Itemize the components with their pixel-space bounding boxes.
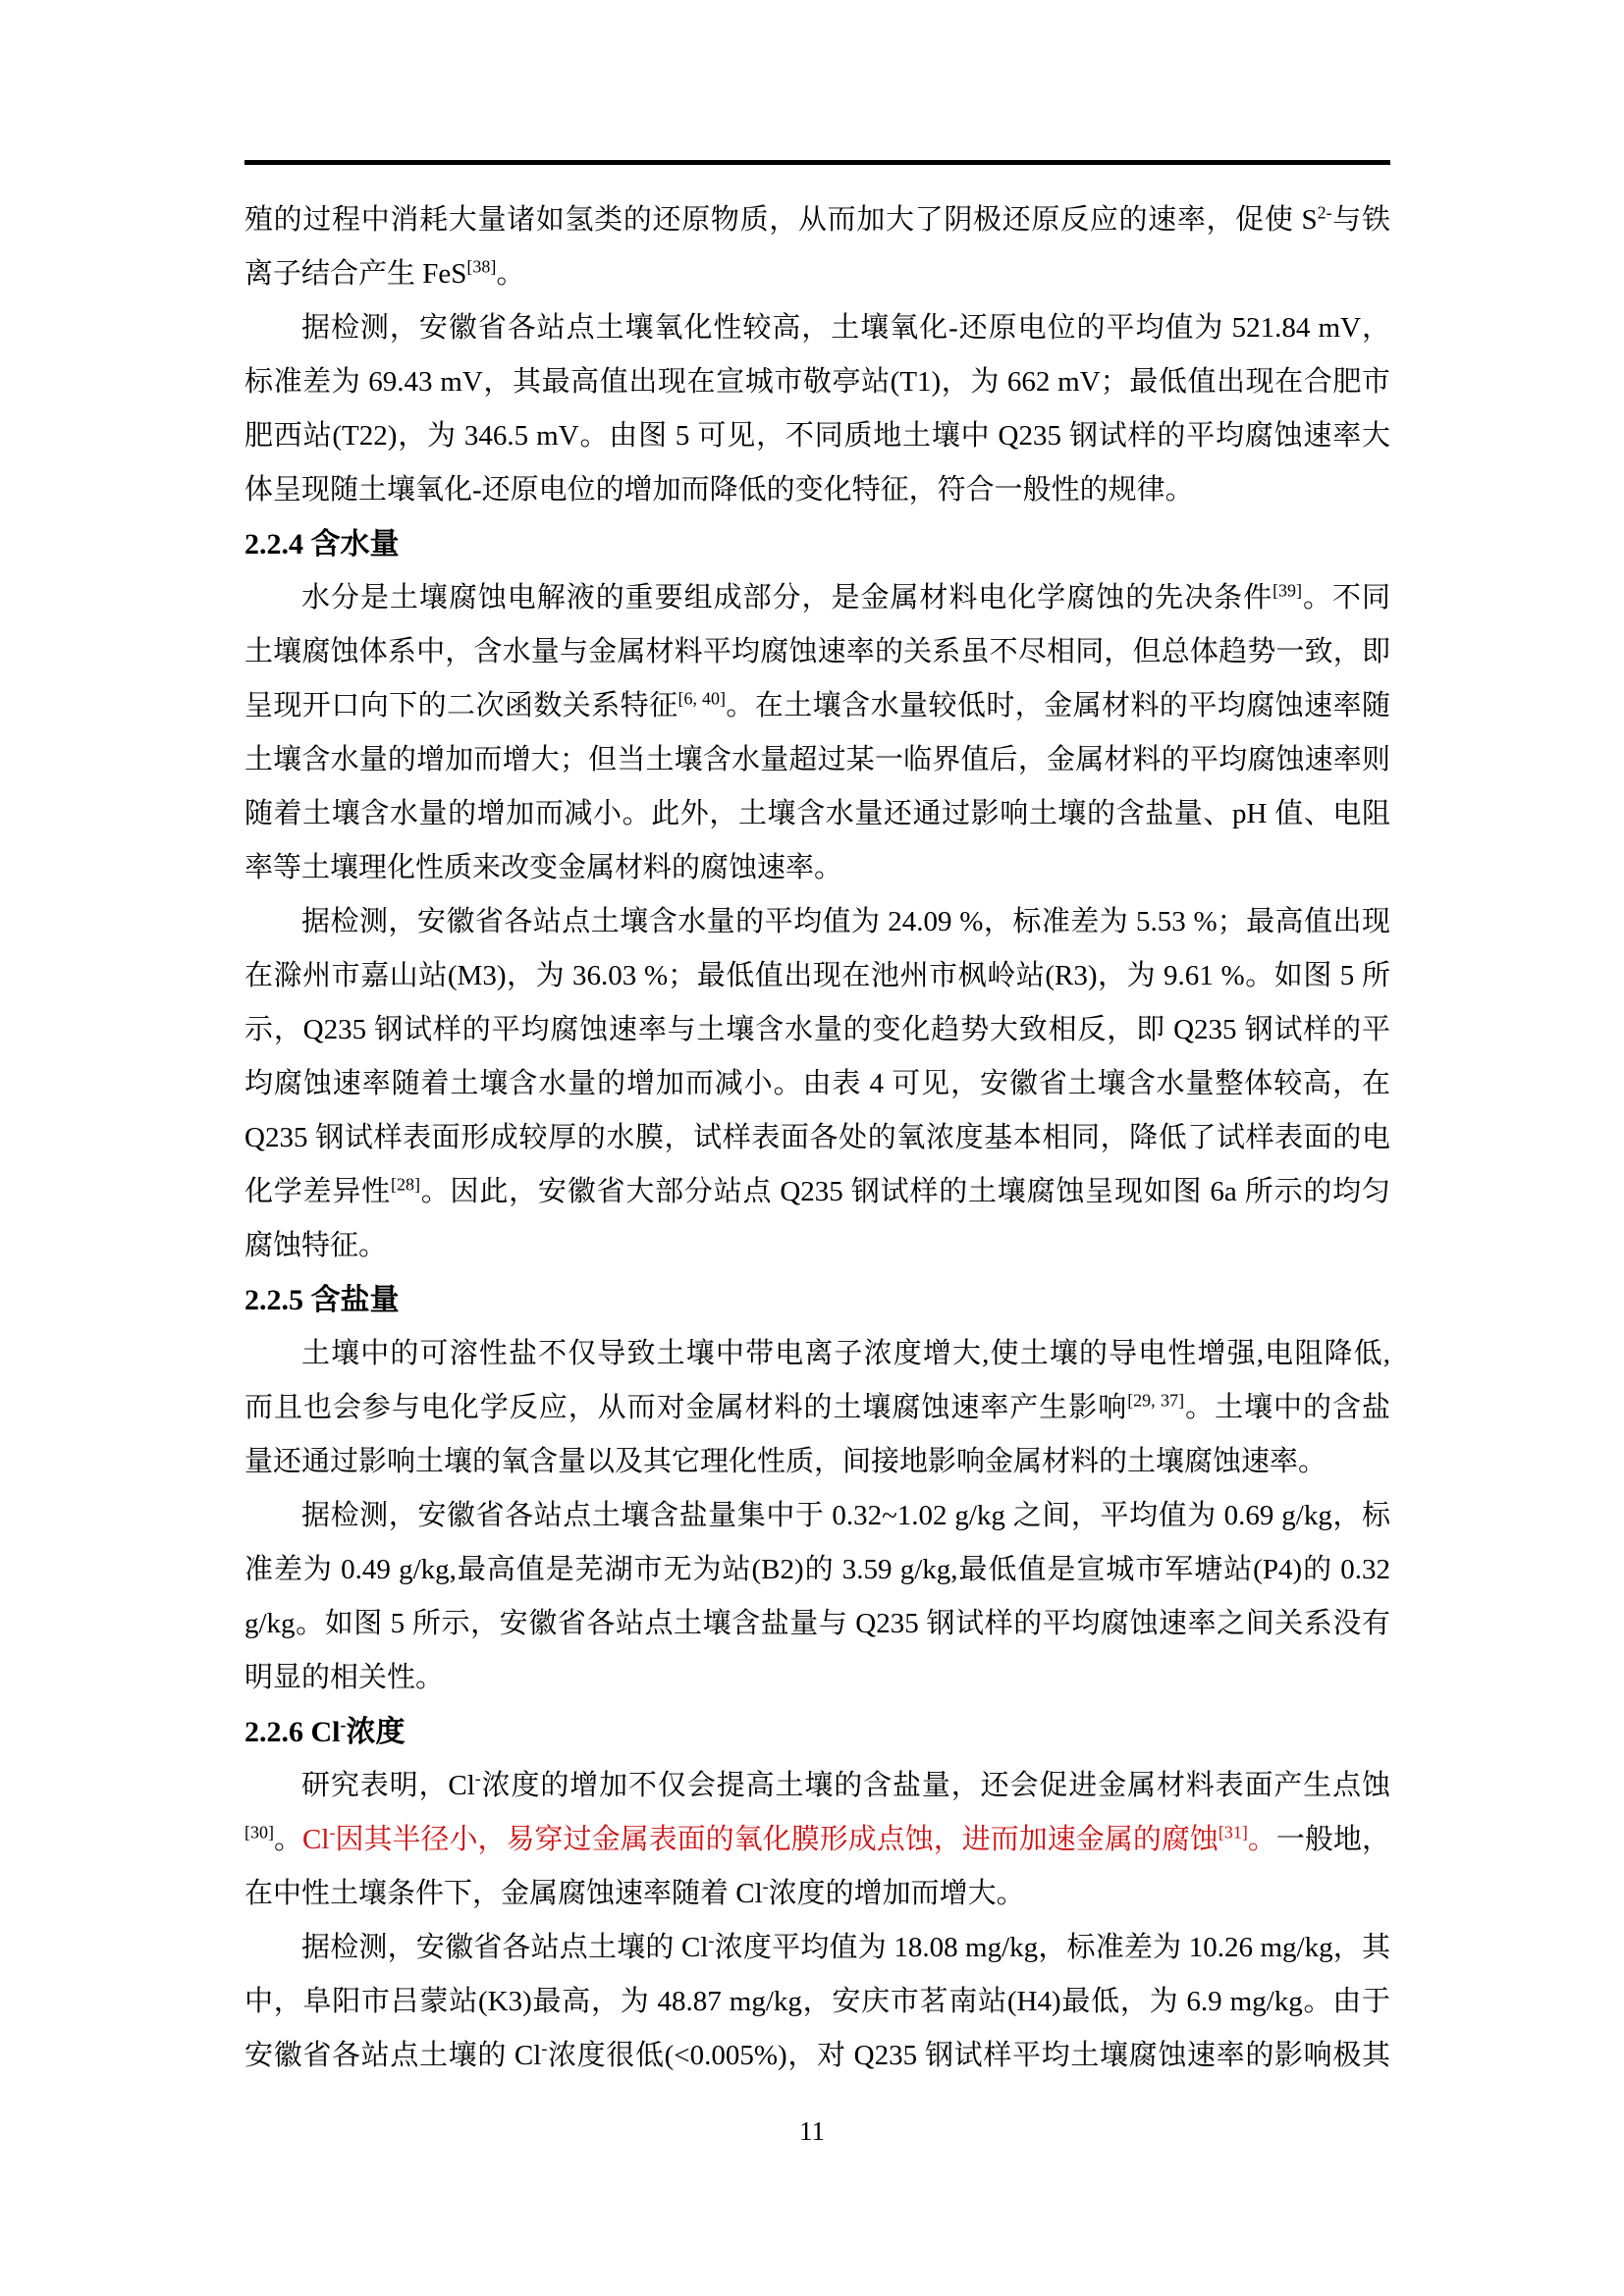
text-run: 示，Q235 钢试样的平均腐蚀速率与土壤含水量的变化趋势大致相反，即 Q235 … bbox=[244, 1014, 1390, 1045]
text-run: 浓度平均值为 18.08 mg/kg，标准差为 10.26 mg/kg，其 bbox=[714, 1932, 1390, 1963]
text-line: 研究表明，Cl-浓度的增加不仅会提高土壤的含盐量，还会促进金属材料表面产生点蚀 bbox=[244, 1759, 1390, 1813]
text-run: 标准差为 69.43 mV，其最高值出现在宣城市敬亭站(T1)，为 662 mV… bbox=[244, 366, 1390, 398]
text-line: 殖的过程中消耗大量诸如氢类的还原物质，从而加大了阴极还原反应的速率，促使 S2-… bbox=[244, 193, 1390, 247]
text-run: 浓度的增加而增大。 bbox=[769, 1878, 1025, 1909]
text-run: 。不同 bbox=[1302, 582, 1390, 614]
document-body: 殖的过程中消耗大量诸如氢类的还原物质，从而加大了阴极还原反应的速率，促使 S2-… bbox=[244, 193, 1390, 2083]
text-run: 土壤腐蚀体系中，含水量与金属材料平均腐蚀速率的关系虽不尽相同，但总体趋势一致，即 bbox=[244, 636, 1390, 667]
text-line: g/kg。如图 5 所示，安徽省各站点土壤含盐量与 Q235 钢试样的平均腐蚀速… bbox=[244, 1597, 1390, 1651]
text-run: 腐蚀特征。 bbox=[244, 1230, 387, 1261]
text-run: 浓度的增加不仅会提高土壤的含盐量，还会促进金属材料表面产生点蚀 bbox=[481, 1770, 1390, 1801]
text-line: 土壤腐蚀体系中，含水量与金属材料平均腐蚀速率的关系虽不尽相同，但总体趋势一致，即 bbox=[244, 625, 1390, 679]
text-line: 水分是土壤腐蚀电解液的重要组成部分，是金属材料电化学腐蚀的先决条件[39]。不同 bbox=[244, 571, 1390, 625]
superscript-reference: [38] bbox=[466, 256, 496, 276]
superscript-reference: 2- bbox=[1318, 202, 1332, 222]
text-line: 土壤中的可溶性盐不仅导致土壤中带电离子浓度增大,使土壤的导电性增强,电阻降低, bbox=[244, 1327, 1390, 1381]
text-run: 离子结合产生 FeS bbox=[244, 258, 466, 290]
text-run: 肥西站(T22)，为 346.5 mV。由图 5 可见，不同质地土壤中 Q235… bbox=[244, 420, 1390, 452]
superscript-reference: [39] bbox=[1272, 580, 1302, 600]
text-line: 而且也会参与电化学反应，从而对金属材料的土壤腐蚀速率产生影响[29, 37]。土… bbox=[244, 1381, 1390, 1435]
text-run: 量还通过影响土壤的氧含量以及其它理化性质，间接地影响金属材料的土壤腐蚀速率。 bbox=[244, 1446, 1326, 1477]
text-line: 化学差异性[28]。因此，安徽省大部分站点 Q235 钢试样的土壤腐蚀呈现如图 … bbox=[244, 1165, 1390, 1219]
text-run: 。土壤中的含盐 bbox=[1184, 1392, 1390, 1423]
text-line: 率等土壤理化性质来改变金属材料的腐蚀速率。 bbox=[244, 841, 1390, 895]
text-run: 水分是土壤腐蚀电解液的重要组成部分，是金属材料电化学腐蚀的先决条件 bbox=[301, 582, 1272, 614]
text-line: 安徽省各站点土壤的 Cl-浓度很低(<0.005%)，对 Q235 钢试样平均土… bbox=[244, 2029, 1390, 2083]
text-run: 化学差异性 bbox=[244, 1176, 391, 1207]
text-run: Cl bbox=[302, 1824, 329, 1855]
text-run: 在中性土壤条件下，金属腐蚀速率随着 Cl bbox=[244, 1878, 763, 1909]
text-run: 殖的过程中消耗大量诸如氢类的还原物质，从而加大了阴极还原反应的速率，促使 S bbox=[244, 204, 1318, 236]
section-heading: 2.2.6 Cl-浓度 bbox=[244, 1705, 1390, 1759]
text-line: 准差为 0.49 g/kg,最高值是芜湖市无为站(B2)的 3.59 g/kg,… bbox=[244, 1543, 1390, 1597]
text-line: 据检测，安徽省各站点土壤的 Cl-浓度平均值为 18.08 mg/kg，标准差为… bbox=[244, 1921, 1390, 1975]
text-run: 2.2.5 含盐量 bbox=[244, 1284, 400, 1316]
text-run: 准差为 0.49 g/kg,最高值是芜湖市无为站(B2)的 3.59 g/kg,… bbox=[244, 1554, 1390, 1585]
text-line: 据检测，安徽省各站点土壤氧化性较高，土壤氧化-还原电位的平均值为 521.84 … bbox=[244, 301, 1390, 355]
text-line: 腐蚀特征。 bbox=[244, 1219, 1390, 1273]
text-line: 离子结合产生 FeS[38]。 bbox=[244, 247, 1390, 301]
text-run: 在滁州市嘉山站(M3)，为 36.03 %；最低值出现在池州市枫岭站(R3)，为… bbox=[244, 960, 1390, 991]
text-run: 中，阜阳市吕蒙站(K3)最高，为 48.87 mg/kg，安庆市茗南站(H4)最… bbox=[244, 1986, 1390, 2017]
text-line: 据检测，安徽省各站点土壤含盐量集中于 0.32~1.02 g/kg 之间，平均值… bbox=[244, 1489, 1390, 1543]
text-run: 据检测，安徽省各站点土壤含水量的平均值为 24.09 %，标准差为 5.53 %… bbox=[301, 906, 1390, 937]
text-run: 。因此，安徽省大部分站点 Q235 钢试样的土壤腐蚀呈现如图 6a 所示的均匀 bbox=[420, 1176, 1390, 1207]
text-line: 肥西站(T22)，为 346.5 mV。由图 5 可见，不同质地土壤中 Q235… bbox=[244, 409, 1390, 463]
text-run: 。 bbox=[1248, 1824, 1276, 1855]
text-line: Q235 钢试样表面形成较厚的水膜，试样表面各处的氧浓度基本相同，降低了试样表面… bbox=[244, 1111, 1390, 1165]
text-run: 因其半径小，易穿过金属表面的氧化膜形成点蚀，进而加速金属的腐蚀 bbox=[335, 1824, 1218, 1855]
text-line: 体呈现随土壤氧化-还原电位的增加而降低的变化特征，符合一般性的规律。 bbox=[244, 463, 1390, 517]
text-line: 中，阜阳市吕蒙站(K3)最高，为 48.87 mg/kg，安庆市茗南站(H4)最… bbox=[244, 1975, 1390, 2029]
header-rule bbox=[244, 160, 1390, 165]
section-heading: 2.2.5 含盐量 bbox=[244, 1273, 1390, 1327]
text-run: 2.2.4 含水量 bbox=[244, 528, 400, 561]
text-run: 据检测，安徽省各站点土壤的 Cl bbox=[301, 1932, 708, 1963]
page-number: 11 bbox=[0, 2105, 1624, 2159]
text-run: 研究表明，Cl bbox=[301, 1770, 475, 1801]
superscript-reference: [29, 37] bbox=[1127, 1390, 1184, 1410]
text-run: 均腐蚀速率随着土壤含水量的增加而减小。由表 4 可见，安徽省土壤含水量整体较高，… bbox=[244, 1068, 1390, 1099]
superscript-reference: [31] bbox=[1218, 1822, 1248, 1842]
text-run: 浓度很低(<0.005%)，对 Q235 钢试样平均土壤腐蚀速率的影响极其 bbox=[547, 2040, 1390, 2071]
superscript-reference: [30] bbox=[244, 1822, 274, 1842]
text-run: 率等土壤理化性质来改变金属材料的腐蚀速率。 bbox=[244, 852, 842, 883]
text-line: 在滁州市嘉山站(M3)，为 36.03 %；最低值出现在池州市枫岭站(R3)，为… bbox=[244, 949, 1390, 1003]
text-run: 土壤含水量的增加而增大；但当土壤含水量超过某一临界值后，金属材料的平均腐蚀速率则 bbox=[244, 744, 1390, 775]
text-run: 体呈现随土壤氧化-还原电位的增加而降低的变化特征，符合一般性的规律。 bbox=[244, 474, 1194, 506]
text-line: 均腐蚀速率随着土壤含水量的增加而减小。由表 4 可见，安徽省土壤含水量整体较高，… bbox=[244, 1057, 1390, 1111]
text-line: [30]。Cl-因其半径小，易穿过金属表面的氧化膜形成点蚀，进而加速金属的腐蚀[… bbox=[244, 1813, 1390, 1867]
text-line: 明显的相关性。 bbox=[244, 1651, 1390, 1705]
text-line: 在中性土壤条件下，金属腐蚀速率随着 Cl-浓度的增加而增大。 bbox=[244, 1867, 1390, 1921]
text-run: Q235 钢试样表面形成较厚的水膜，试样表面各处的氧浓度基本相同，降低了试样表面… bbox=[244, 1122, 1390, 1153]
text-run: 。 bbox=[274, 1824, 302, 1855]
superscript-reference: [28] bbox=[391, 1174, 420, 1194]
superscript-reference: [6, 40] bbox=[678, 688, 726, 708]
text-run: 浓度 bbox=[347, 1716, 406, 1748]
text-line: 据检测，安徽省各站点土壤含水量的平均值为 24.09 %，标准差为 5.53 %… bbox=[244, 895, 1390, 949]
text-run: 明显的相关性。 bbox=[244, 1662, 444, 1693]
text-line: 量还通过影响土壤的氧含量以及其它理化性质，间接地影响金属材料的土壤腐蚀速率。 bbox=[244, 1435, 1390, 1489]
text-run: 一般地， bbox=[1276, 1824, 1390, 1855]
text-run: 土壤中的可溶性盐不仅导致土壤中带电离子浓度增大,使土壤的导电性增强,电阻降低, bbox=[301, 1338, 1390, 1369]
text-run: 而且也会参与电化学反应，从而对金属材料的土壤腐蚀速率产生影响 bbox=[244, 1392, 1127, 1423]
text-line: 随着土壤含水量的增加而减小。此外，土壤含水量还通过影响土壤的含盐量、pH 值、电… bbox=[244, 787, 1390, 841]
text-line: 土壤含水量的增加而增大；但当土壤含水量超过某一临界值后，金属材料的平均腐蚀速率则 bbox=[244, 733, 1390, 787]
section-heading: 2.2.4 含水量 bbox=[244, 517, 1390, 571]
text-run: 随着土壤含水量的增加而减小。此外，土壤含水量还通过影响土壤的含盐量、pH 值、电… bbox=[244, 798, 1390, 829]
text-run: 。 bbox=[496, 258, 524, 290]
text-run: 据检测，安徽省各站点土壤含盐量集中于 0.32~1.02 g/kg 之间，平均值… bbox=[301, 1500, 1390, 1531]
text-run: 。在土壤含水量较低时，金属材料的平均腐蚀速率随 bbox=[726, 690, 1390, 721]
text-run: 2.2.6 Cl bbox=[244, 1716, 341, 1748]
text-run: 呈现开口向下的二次函数关系特征 bbox=[244, 690, 678, 721]
text-run: 安徽省各站点土壤的 Cl bbox=[244, 2040, 541, 2071]
text-run: 与铁 bbox=[1332, 204, 1390, 236]
text-line: 示，Q235 钢试样的平均腐蚀速率与土壤含水量的变化趋势大致相反，即 Q235 … bbox=[244, 1003, 1390, 1057]
text-line: 呈现开口向下的二次函数关系特征[6, 40]。在土壤含水量较低时，金属材料的平均… bbox=[244, 679, 1390, 733]
text-line: 标准差为 69.43 mV，其最高值出现在宣城市敬亭站(T1)，为 662 mV… bbox=[244, 355, 1390, 409]
text-run: 据检测，安徽省各站点土壤氧化性较高，土壤氧化-还原电位的平均值为 521.84 … bbox=[301, 312, 1390, 344]
text-run: g/kg。如图 5 所示，安徽省各站点土壤含盐量与 Q235 钢试样的平均腐蚀速… bbox=[244, 1608, 1390, 1639]
